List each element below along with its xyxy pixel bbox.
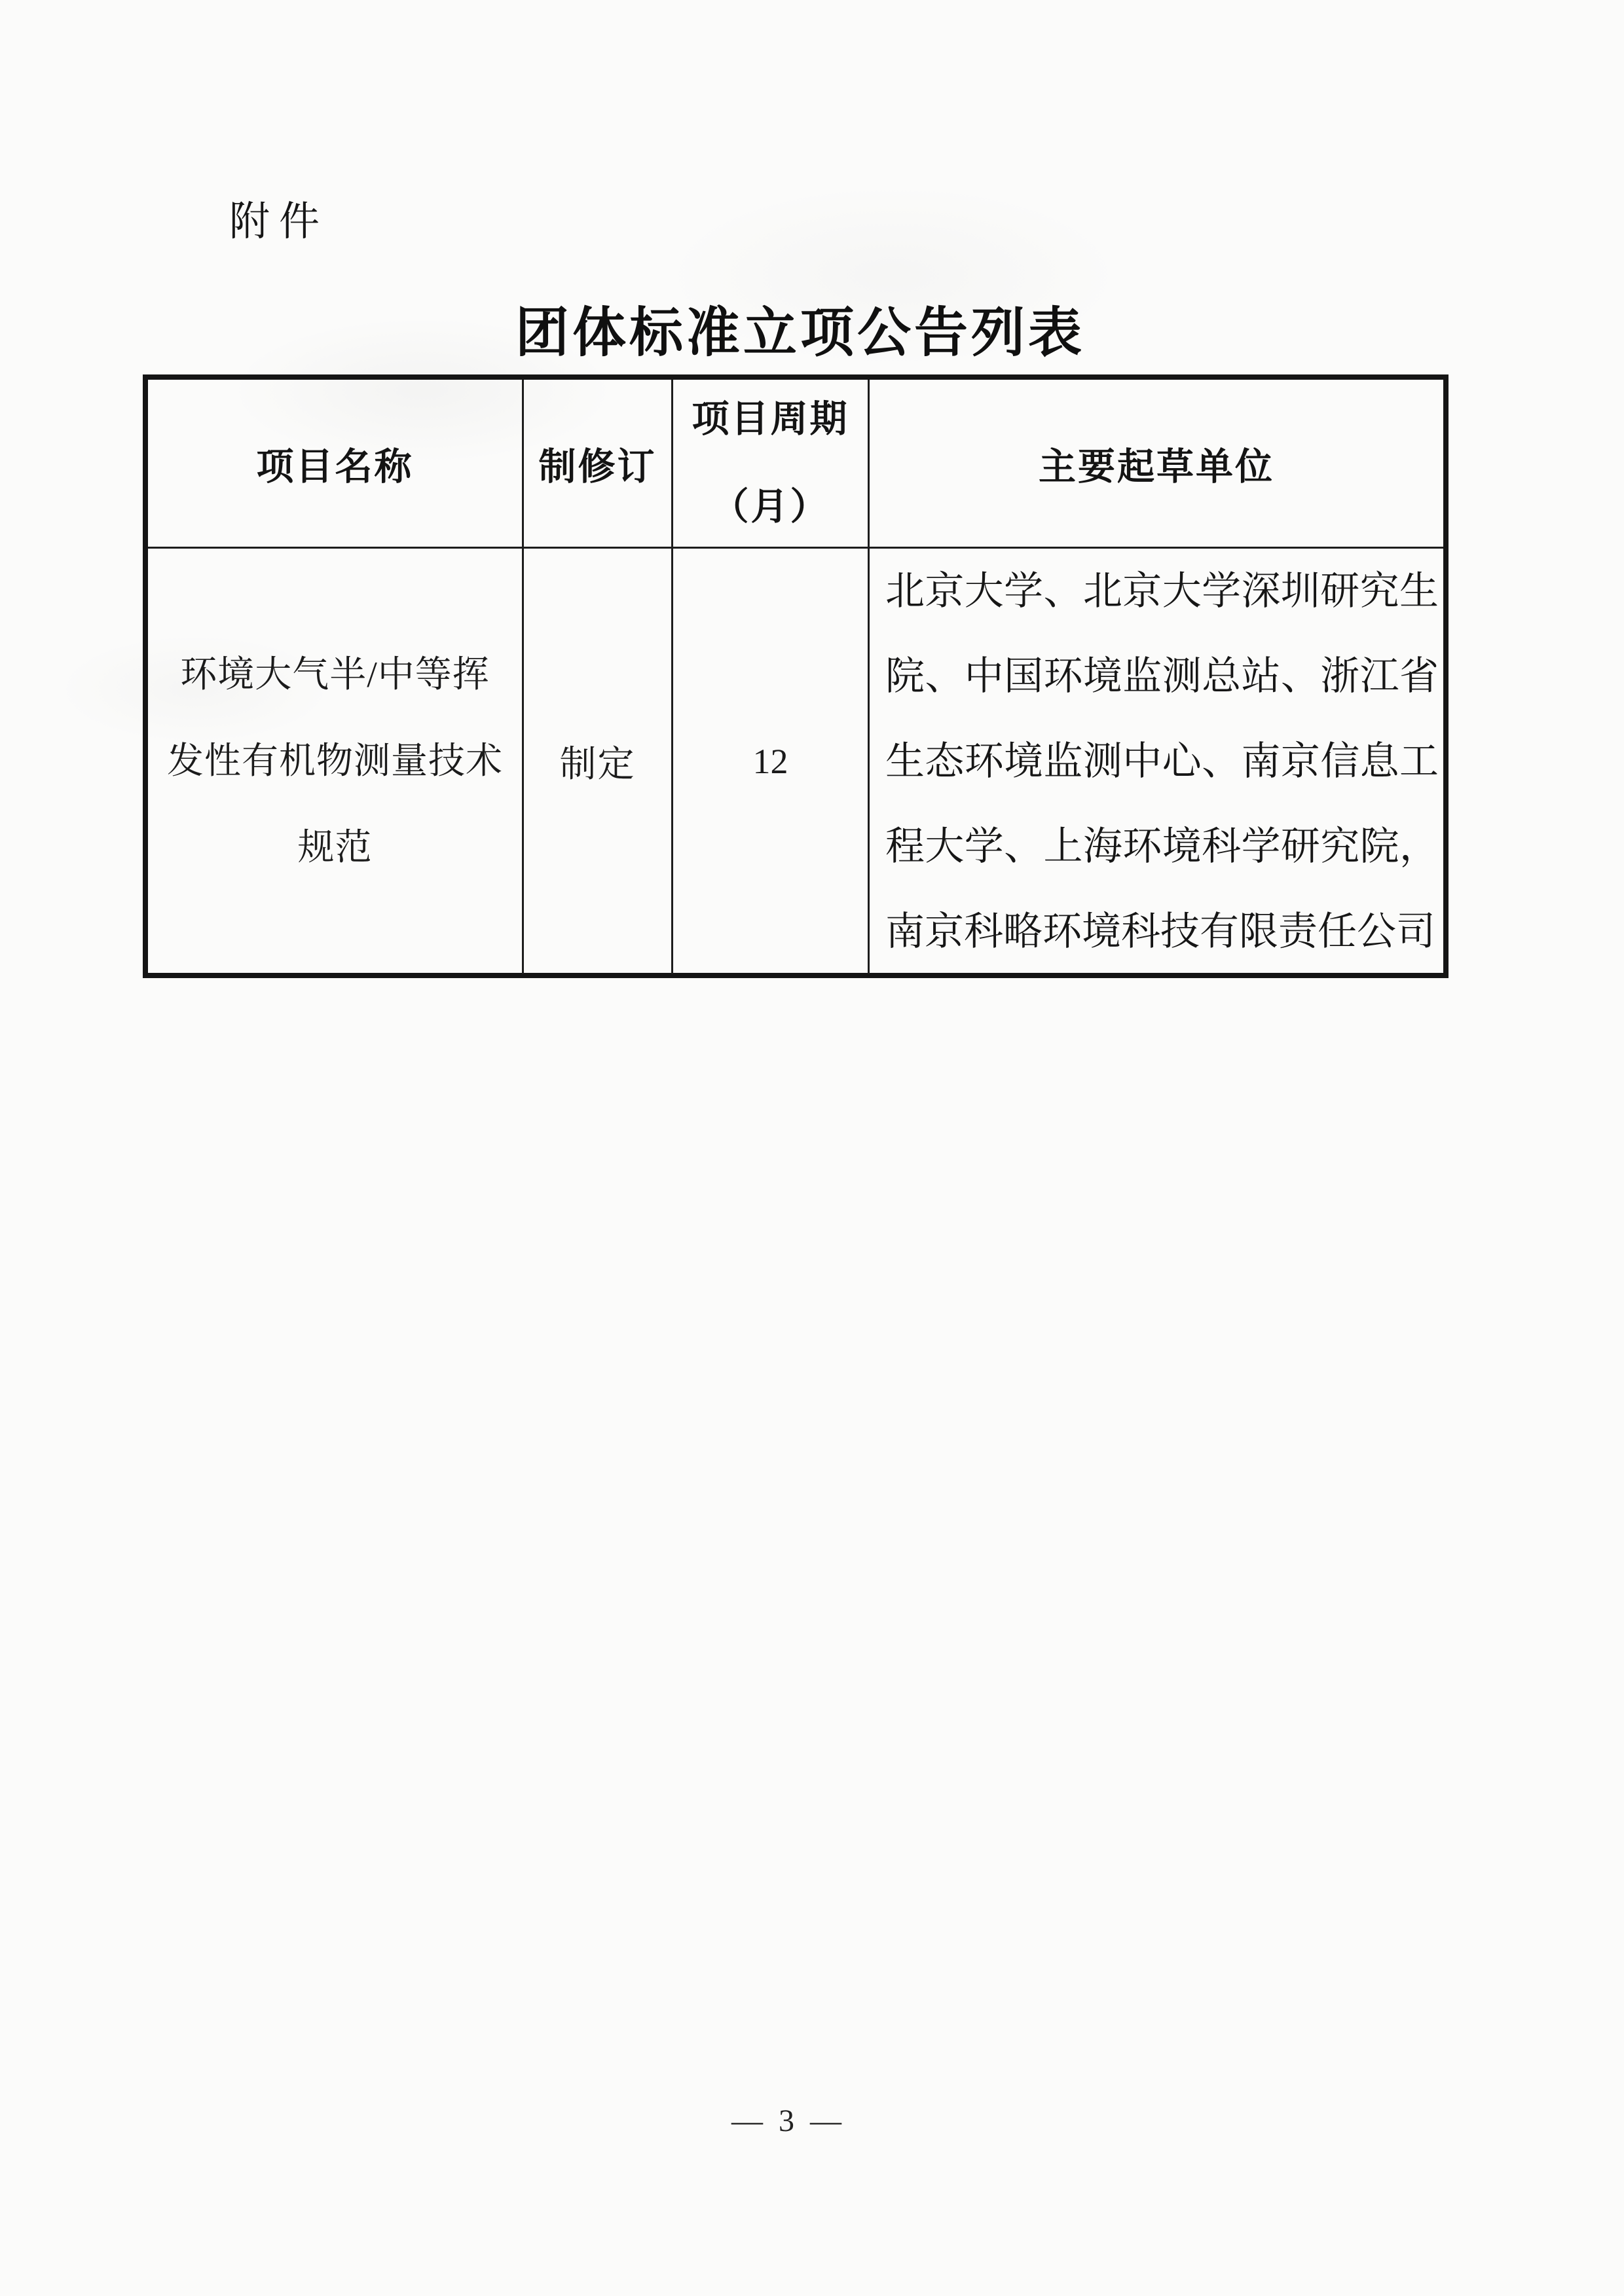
page-title: 团体标准立项公告列表 xyxy=(0,290,1600,367)
attachment-label: 附件 xyxy=(229,189,329,247)
table-row-cell-project-cycle: 12 xyxy=(673,549,870,974)
header-revision-type: 制修订 xyxy=(524,380,673,549)
drafting-units-value: 北京大学、北京大学深圳研究生院、中国环境监测总站、浙江省生态环境监测中心、南京信… xyxy=(885,549,1439,974)
scanned-document-page: { "document": { "attachment_label": "附件"… xyxy=(0,0,1624,2296)
header-drafting-units: 主要起草单位 xyxy=(870,380,1443,549)
header-project-cycle-line1: 项目周期 xyxy=(692,376,849,464)
page-number: — 3 — xyxy=(731,2103,845,2139)
revision-type-value: 制定 xyxy=(560,735,636,788)
table-row-cell-revision-type: 制定 xyxy=(524,549,673,974)
project-name-value: 环境大气半/中等挥发性有机物测量技术规范 xyxy=(166,632,504,891)
project-cycle-value: 12 xyxy=(753,741,788,782)
header-project-name: 项目名称 xyxy=(148,380,524,549)
header-project-cycle-line2: （月） xyxy=(712,464,830,551)
standards-table: 项目名称 制修订 项目周期 （月） 主要起草单位 环境大气半/中等挥发性有机物测… xyxy=(143,374,1449,978)
header-project-cycle: 项目周期 （月） xyxy=(673,380,870,549)
table-row-cell-project-name: 环境大气半/中等挥发性有机物测量技术规范 xyxy=(148,549,524,974)
table-row-cell-drafting-units: 北京大学、北京大学深圳研究生院、中国环境监测总站、浙江省生态环境监测中心、南京信… xyxy=(870,549,1443,974)
